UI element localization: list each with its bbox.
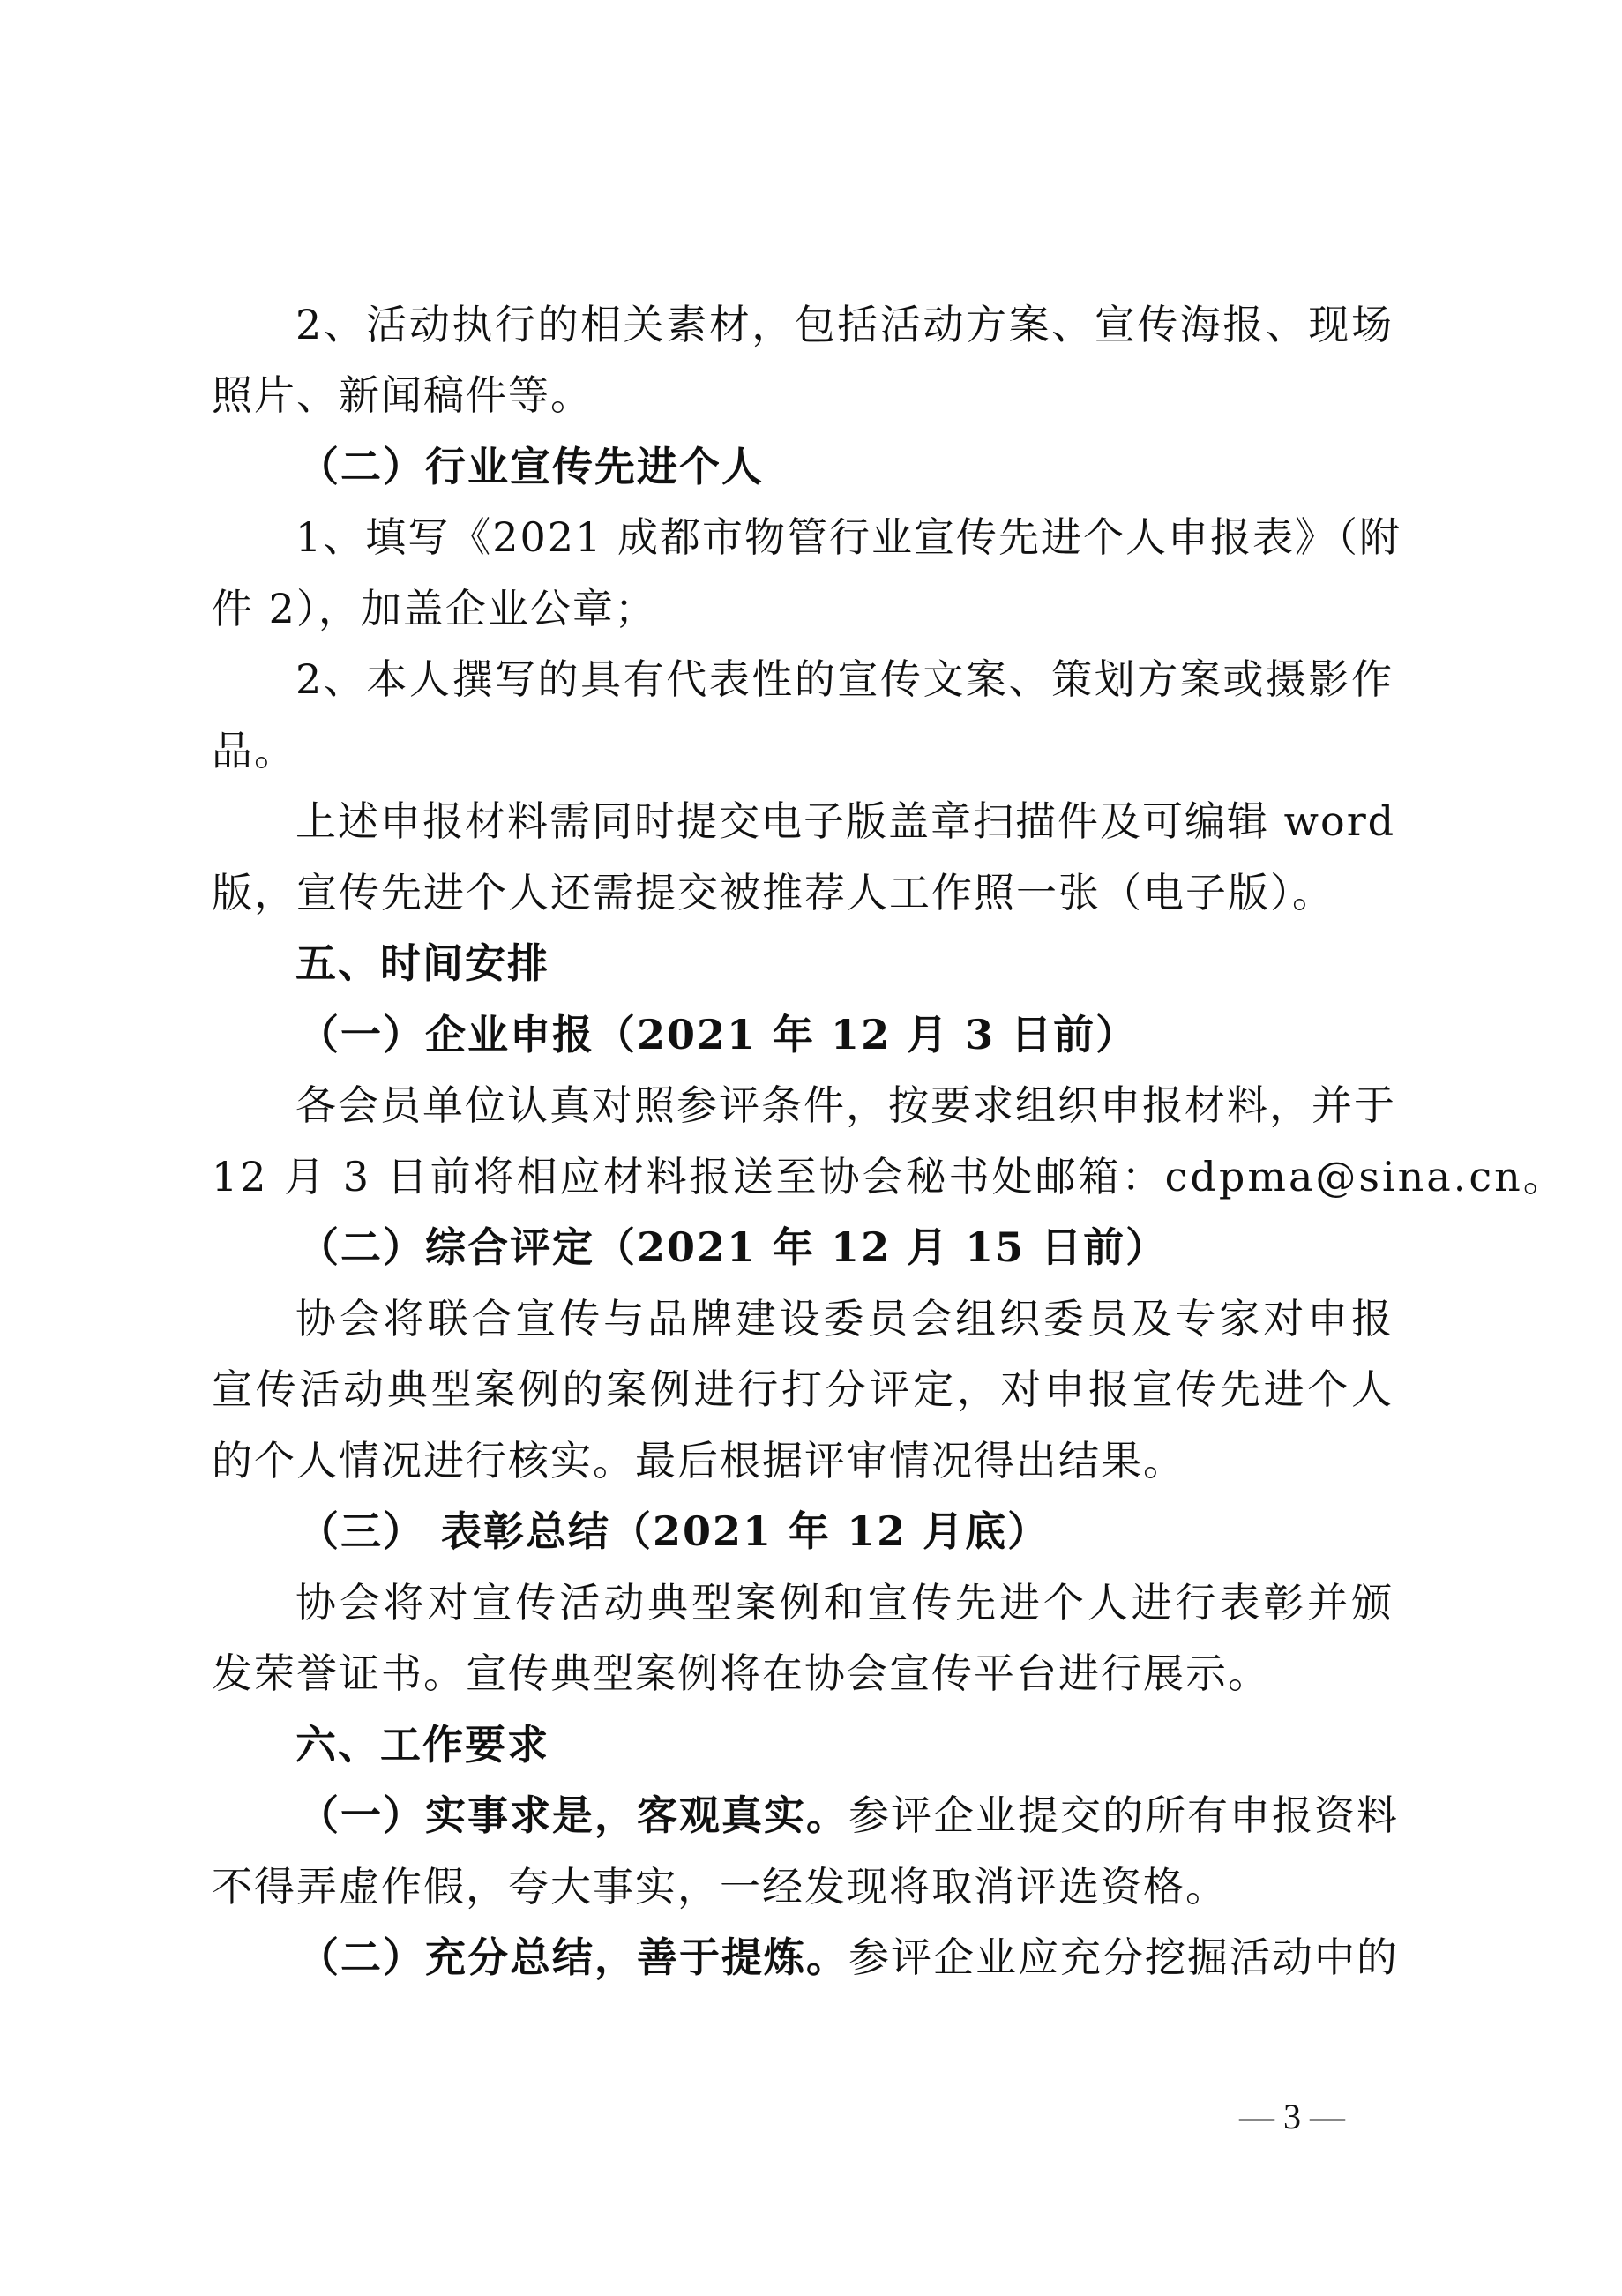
subsection-heading-advanced-individual: （二）行业宣传先进个人: [298, 431, 764, 502]
paragraph-line: 协会将对宣传活动典型案例和宣传先进个人进行表彰并颁: [295, 1567, 1394, 1638]
subsection-heading-comprehensive-evaluation: （二）综合评定（2021 年 12 月 15 日前）: [298, 1212, 1168, 1283]
paragraph-line: 版，宣传先进个人还需提交被推荐人工作照一张（电子版）。: [212, 857, 1334, 928]
subsection-heading-commendation: （三） 表彰总结（2021 年 12 月底）: [298, 1496, 1050, 1567]
paragraph-line: 照片、新闻稿件等。: [212, 360, 593, 430]
paragraph-line: 2、活动执行的相关素材，包括活动方案、宣传海报、现场: [295, 289, 1394, 360]
paragraph-line: 协会将联合宣传与品牌建设委员会组织委员及专家对申报: [295, 1283, 1394, 1354]
paragraph-line: 各会员单位认真对照参评条件，按要求组织申报材料，并于: [295, 1070, 1394, 1141]
paragraph-line: 发荣誉证书。宣传典型案例将在协会宣传平台进行展示。: [212, 1638, 1270, 1709]
paragraph-line: 1、填写《2021 成都市物管行业宣传先进个人申报表》（附: [295, 502, 1394, 572]
paragraph-line: 的个人情况进行核实。最后根据评审情况得出结果。: [212, 1425, 1185, 1496]
requirement-text: 参评企业提交的所有申报资料: [848, 1791, 1399, 1839]
paragraph-line: 2、本人撰写的具有代表性的宣传文案、策划方案或摄影作: [295, 644, 1394, 714]
requirement-text: 参评企业应充分挖掘活动中的: [848, 1933, 1399, 1981]
section-heading-work-requirements: 六、工作要求: [295, 1709, 549, 1780]
requirement-lead-summarize: （二）充分总结，善于提炼。: [298, 1933, 848, 1981]
document-page: 2、活动执行的相关素材，包括活动方案、宣传海报、现场 照片、新闻稿件等。 （二）…: [0, 0, 1622, 2296]
paragraph-line: 上述申报材料需同时提交电子版盖章扫描件及可编辑 word: [295, 786, 1394, 856]
subsection-heading-enterprise-application: （一）企业申报（2021 年 12 月 3 日前）: [298, 999, 1138, 1070]
requirement-line-2: （二）充分总结，善于提炼。参评企业应充分挖掘活动中的: [298, 1922, 1399, 1993]
requirement-lead-truthful: （一）实事求是，客观真实。: [298, 1791, 848, 1839]
paragraph-line: 不得弄虚作假，夸大事实，一经发现将取消评选资格。: [212, 1851, 1228, 1922]
paragraph-line: 品。: [212, 715, 296, 786]
page-number: — 3 —: [1217, 2095, 1367, 2139]
paragraph-line-email: 12 月 3 日前将相应材料报送至协会秘书处邮箱：cdpma@sina.cn。: [212, 1141, 1566, 1212]
paragraph-line: 件 2），加盖企业公章；: [212, 573, 657, 644]
paragraph-line: 宣传活动典型案例的案例进行打分评定，对申报宣传先进个人: [212, 1354, 1394, 1425]
requirement-line-1: （一）实事求是，客观真实。参评企业提交的所有申报资料: [298, 1780, 1399, 1851]
section-heading-schedule: 五、时间安排: [295, 928, 549, 998]
